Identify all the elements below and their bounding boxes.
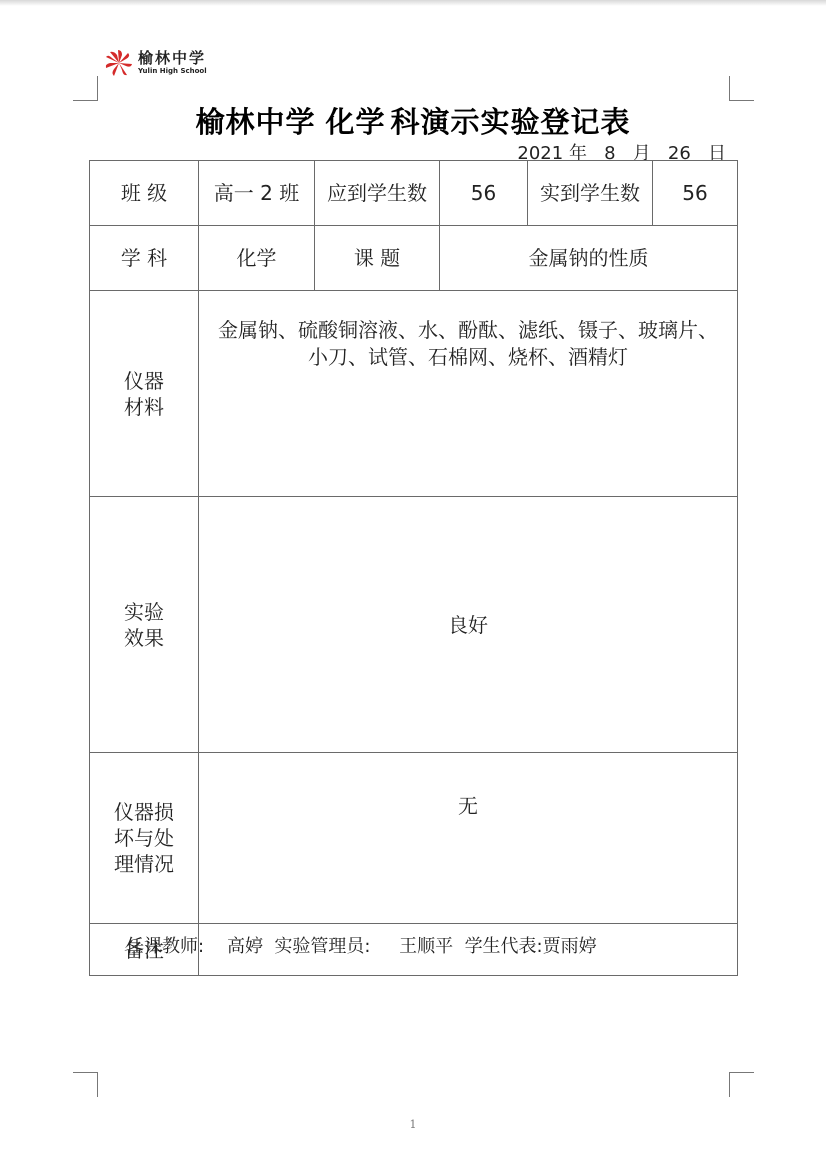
crop-mark-top-left (73, 76, 98, 101)
student-rep-name: 贾雨婷 (543, 936, 597, 957)
damage-label-line2: 坏与处 (90, 825, 198, 851)
materials-label-line1: 仪器 (90, 368, 198, 394)
damage-label-line1: 仪器损 (90, 799, 198, 825)
student-rep-label: 学生代表: (465, 936, 543, 957)
table-row-class: 班 级 高一 2 班 应到学生数 56 实到学生数 56 (90, 161, 738, 226)
damage-label: 仪器损 坏与处 理情况 (90, 753, 199, 924)
logo-chinese-name: 榆林中学 (138, 51, 207, 66)
class-value: 高一 2 班 (199, 161, 315, 226)
title-school: 榆林中学 (195, 105, 315, 139)
document-title: 榆林中学化学科演示实验登记表 (0, 100, 826, 141)
teacher-name: 高婷 (227, 936, 263, 957)
page-top-edge (0, 0, 826, 6)
experiment-register-table: 班 级 高一 2 班 应到学生数 56 实到学生数 56 学 科 化学 课 题 … (89, 160, 738, 976)
school-emblem-icon (104, 48, 134, 78)
damage-value: 无 (199, 753, 738, 924)
topic-label: 课 题 (315, 226, 440, 291)
actual-students-label: 实到学生数 (528, 161, 653, 226)
table-row-damage: 仪器损 坏与处 理情况 无 (90, 753, 738, 924)
subject-label: 学 科 (90, 226, 199, 291)
signature-line: 任课教师: 高婷 实验管理员: 王顺平 学生代表:贾雨婷 (126, 932, 597, 958)
table-row-materials: 仪器 材料 金属钠、硫酸铜溶液、水、酚酞、滤纸、镊子、玻璃片、小刀、试管、石棉网… (90, 291, 738, 497)
teacher-label: 任课教师: (126, 936, 204, 957)
materials-label: 仪器 材料 (90, 291, 199, 497)
logo-english-name: Yulin High School (138, 68, 207, 75)
school-logo: 榆林中学 Yulin High School (104, 48, 207, 78)
title-suffix: 科演示实验登记表 (391, 105, 631, 139)
expected-students-value: 56 (440, 161, 528, 226)
result-label-line1: 实验 (90, 599, 198, 625)
result-value: 良好 (199, 497, 738, 753)
subject-value: 化学 (199, 226, 315, 291)
crop-mark-bottom-right (729, 1072, 754, 1097)
result-label-line2: 效果 (90, 625, 198, 651)
table-row-result: 实验 效果 良好 (90, 497, 738, 753)
crop-mark-top-right (729, 76, 754, 101)
damage-label-line3: 理情况 (90, 851, 198, 877)
title-subject: 化学 (325, 105, 385, 139)
expected-students-label: 应到学生数 (315, 161, 440, 226)
admin-name: 王顺平 (399, 936, 453, 957)
materials-value: 金属钠、硫酸铜溶液、水、酚酞、滤纸、镊子、玻璃片、小刀、试管、石棉网、烧杯、酒精… (199, 291, 738, 497)
result-label: 实验 效果 (90, 497, 199, 753)
class-label: 班 级 (90, 161, 199, 226)
crop-mark-bottom-left (73, 1072, 98, 1097)
topic-value: 金属钠的性质 (440, 226, 738, 291)
admin-label: 实验管理员: (274, 936, 370, 957)
page-number: 1 (0, 1118, 826, 1131)
actual-students-value: 56 (653, 161, 738, 226)
materials-label-line2: 材料 (90, 394, 198, 420)
table-row-subject: 学 科 化学 课 题 金属钠的性质 (90, 226, 738, 291)
